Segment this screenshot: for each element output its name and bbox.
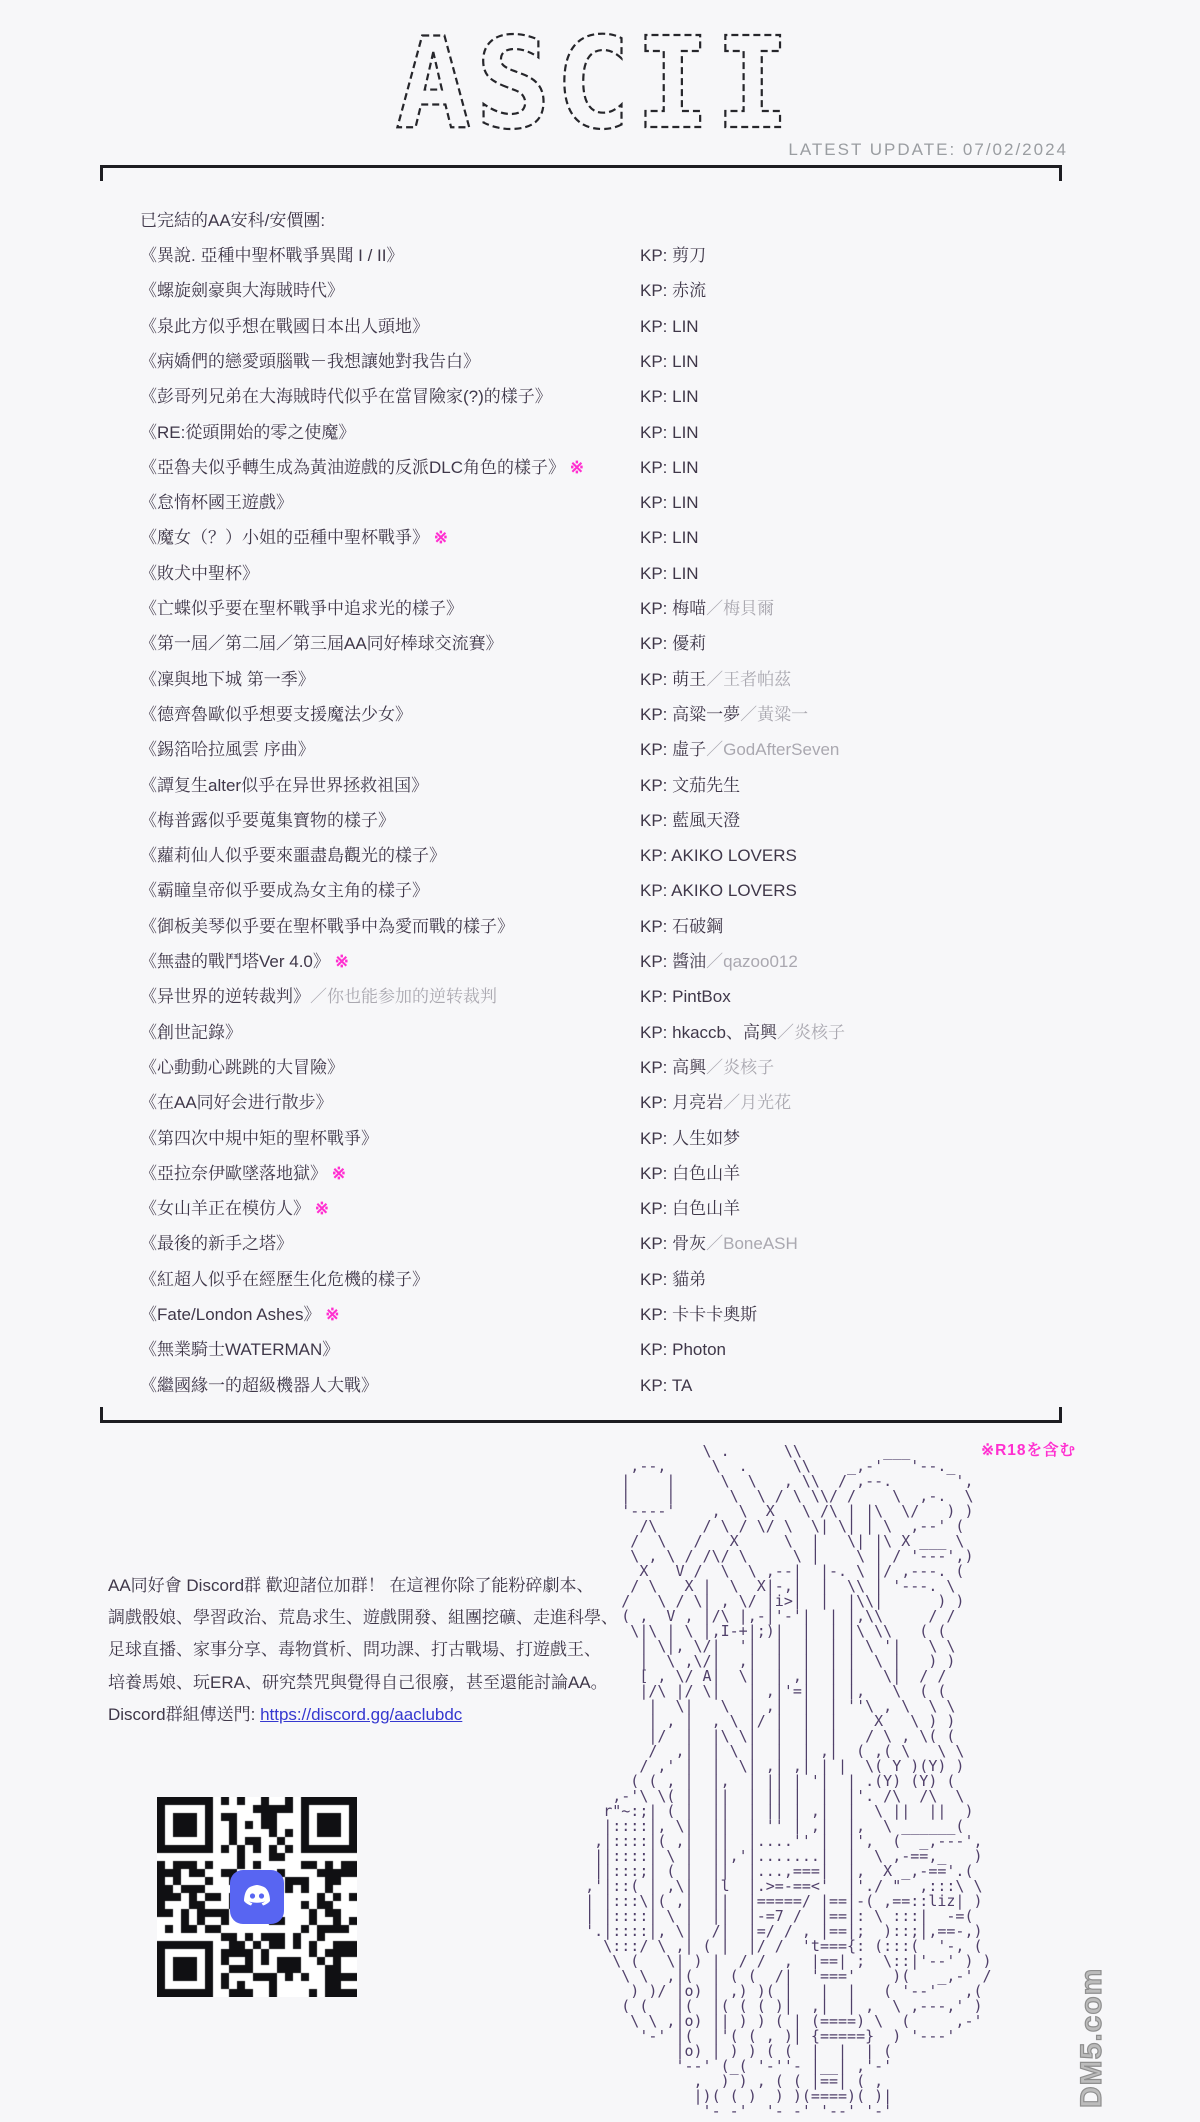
kp-value: KP: 高興 — [640, 1058, 706, 1077]
kp-cell: KP: LIN — [640, 450, 699, 485]
kp-cell: KP: 萌王／王者帕茲 — [640, 662, 791, 697]
list-item: 《彭哥列兄弟在大海賊時代似乎在當冒險家(?)的樣子》 KP: LIN — [140, 379, 1070, 414]
work-title: 《病嬌們的戀愛頭腦戰－我想讓她對我告白》 — [140, 352, 480, 371]
list-item: 《創世記錄》 KP: hkaccb、高興／炎核子 — [140, 1015, 1070, 1050]
r18-mark: ※ — [565, 458, 584, 477]
list-item: 《第四次中規中矩的聖杯戰爭》 KP: 人生如梦 — [140, 1121, 1070, 1156]
list-heading: 已完結的AA安科/安價團: — [140, 206, 325, 231]
work-title: 《無盡的戰鬥塔Ver 4.0》 — [140, 952, 330, 971]
box-corner-tick — [100, 168, 103, 181]
kp-value: KP: AKIKO LOVERS — [640, 881, 797, 900]
work-title: 《怠惰杯國王遊戲》 — [140, 493, 293, 512]
kp-cell: KP: LIN — [640, 344, 699, 379]
ascii-logo-text: ASCII — [395, 24, 794, 154]
list-item: 《御板美琴似乎要在聖杯戰爭中為愛而戰的樣子》 KP: 石破鋼 — [140, 909, 1070, 944]
kp-alt: ／GodAfterSeven — [706, 740, 839, 759]
list-item: 《异世界的逆转裁判》／你也能参加的逆转裁判 KP: PintBox — [140, 979, 1070, 1014]
kp-cell: KP: 醬油／qazoo012 — [640, 944, 798, 979]
list-item: 《泉此方似乎想在戰國日本出人頭地》 KP: LIN — [140, 309, 1070, 344]
kp-cell: KP: 白色山羊 — [640, 1156, 740, 1191]
work-title: 《异世界的逆转裁判》 — [140, 987, 310, 1006]
list-item: 《凜與地下城 第一季》 KP: 萌王／王者帕茲 — [140, 662, 1070, 697]
latest-update-text: LATEST UPDATE: 07/02/2024 — [788, 140, 1068, 160]
work-title: 《女山羊正在模仿人》 — [140, 1199, 310, 1218]
r18-mark: ※ — [327, 1164, 346, 1183]
kp-alt: ／炎核子 — [777, 1023, 845, 1042]
work-title: 《御板美琴似乎要在聖杯戰爭中為愛而戰的樣子》 — [140, 917, 514, 936]
list-item: 《繼國緣一的超級機器人大戰》 KP: TA — [140, 1368, 1070, 1403]
list-item: 《德齊魯歐似乎想要支援魔法少女》 KP: 高粱一夢／黃粱一 — [140, 697, 1070, 732]
kp-alt: ／月光花 — [723, 1093, 791, 1112]
box-corner-tick — [100, 1407, 103, 1420]
work-title: 《螺旋劍豪與大海賊時代》 — [140, 281, 344, 300]
kp-value: KP: AKIKO LOVERS — [640, 846, 797, 865]
list-item: 《亡蝶似乎要在聖杯戰爭中追求光的樣子》 KP: 梅喵／梅貝爾 — [140, 591, 1070, 626]
discord-link[interactable]: https://discord.gg/aaclubdc — [260, 1705, 462, 1724]
discord-portal-label: Discord群組傳送門: — [108, 1705, 260, 1724]
kp-value: KP: 梅喵 — [640, 599, 706, 618]
kp-alt: ／炎核子 — [706, 1058, 774, 1077]
box-corner-tick — [1059, 168, 1062, 181]
kp-cell: KP: 剪刀 — [640, 238, 706, 273]
r18-mark: ※ — [330, 952, 349, 971]
list-item: 《RE:從頭開始的零之使魔》 KP: LIN — [140, 415, 1070, 450]
kp-cell: KP: LIN — [640, 485, 699, 520]
list-item: 《無盡的戰鬥塔Ver 4.0》 ※ KP: 醬油／qazoo012 — [140, 944, 1070, 979]
kp-value: KP: TA — [640, 1376, 692, 1395]
list-item: 《梅普露似乎要蒐集寶物的樣子》 KP: 藍風天澄 — [140, 803, 1070, 838]
discord-invite-paragraph: AA同好會 Discord群 歡迎諸位加群！ 在這裡你除了能粉碎劇本、調戲骰娘、… — [108, 1570, 588, 1731]
work-title-alt: ／你也能参加的逆转裁判 — [310, 987, 497, 1006]
kp-cell: KP: TA — [640, 1368, 692, 1403]
kp-value: KP: 萌王 — [640, 670, 706, 689]
kp-value: KP: 剪刀 — [640, 246, 706, 265]
kp-cell: KP: 骨灰／BoneASH — [640, 1226, 798, 1261]
ascii-art-character: \ . \\ ___ ,--, \ . \\ _,-' '--._ | | \ … — [540, 1444, 992, 2119]
work-title: 《第一屆／第二屆／第三屆AA同好棒球交流賽》 — [140, 634, 503, 653]
ascii-logo: ASCII — [375, 24, 815, 154]
list-item: 《怠惰杯國王遊戲》 KP: LIN — [140, 485, 1070, 520]
kp-cell: KP: AKIKO LOVERS — [640, 873, 797, 908]
kp-value: KP: PintBox — [640, 987, 731, 1006]
kp-value: KP: 石破鋼 — [640, 917, 723, 936]
list-item: 《無業騎士WATERMAN》 KP: Photon — [140, 1332, 1070, 1367]
work-title: 《繼國緣一的超級機器人大戰》 — [140, 1376, 378, 1395]
kp-value: KP: 貓弟 — [640, 1270, 706, 1289]
kp-cell: KP: 石破鋼 — [640, 909, 723, 944]
kp-cell: KP: 優莉 — [640, 626, 706, 661]
list-item: 《女山羊正在模仿人》 ※ KP: 白色山羊 — [140, 1191, 1070, 1226]
work-title: 《凜與地下城 第一季》 — [140, 670, 315, 689]
kp-alt: ／黃粱一 — [740, 705, 808, 724]
list-item: 《紅超人似乎在經歷生化危機的樣子》 KP: 貓弟 — [140, 1262, 1070, 1297]
list-item: 《錫箔哈拉風雲 序曲》 KP: 虛子／GodAfterSeven — [140, 732, 1070, 767]
kp-cell: KP: LIN — [640, 309, 699, 344]
list-item: 《蘿莉仙人似乎要來噩盡島觀光的樣子》 KP: AKIKO LOVERS — [140, 838, 1070, 873]
kp-value: KP: Photon — [640, 1340, 726, 1359]
list-item: 《Fate/London Ashes》 ※ KP: 卡卡卡奧斯 — [140, 1297, 1070, 1332]
kp-value: KP: hkaccb、高興 — [640, 1023, 777, 1042]
kp-value: KP: 白色山羊 — [640, 1164, 740, 1183]
discord-text-line: AA同好會 Discord群 歡迎諸位加群！ 在這裡你除了能粉碎劇本、 — [108, 1570, 588, 1602]
list-item: 《異說. 亞種中聖杯戰爭異聞 I / II》 KP: 剪刀 — [140, 238, 1070, 273]
work-title: 《錫箔哈拉風雲 序曲》 — [140, 740, 315, 759]
work-title: 《蘿莉仙人似乎要來噩盡島觀光的樣子》 — [140, 846, 446, 865]
list-item: 《亞魯夫似乎轉生成為黃油遊戲的反派DLC角色的樣子》 ※ KP: LIN — [140, 450, 1070, 485]
kp-value: KP: 文茄先生 — [640, 776, 740, 795]
work-title: 《異說. 亞種中聖杯戰爭異聞 I / II》 — [140, 246, 404, 265]
work-title: 《在AA同好会进行散步》 — [140, 1093, 333, 1112]
work-title: 《無業騎士WATERMAN》 — [140, 1340, 339, 1359]
kp-value: KP: 月亮岩 — [640, 1093, 723, 1112]
kp-value: KP: 人生如梦 — [640, 1129, 740, 1148]
work-title: 《RE:從頭開始的零之使魔》 — [140, 423, 355, 442]
kp-cell: KP: LIN — [640, 556, 699, 591]
list-item: 《病嬌們的戀愛頭腦戰－我想讓她對我告白》 KP: LIN — [140, 344, 1070, 379]
box-corner-tick — [1059, 1407, 1062, 1420]
kp-alt: ／BoneASH — [706, 1234, 798, 1253]
kp-value: KP: LIN — [640, 564, 699, 583]
kp-cell: KP: 梅喵／梅貝爾 — [640, 591, 774, 626]
kp-value: KP: LIN — [640, 528, 699, 547]
list-item: 《最後的新手之塔》 KP: 骨灰／BoneASH — [140, 1226, 1070, 1261]
kp-value: KP: LIN — [640, 458, 699, 477]
work-title: 《Fate/London Ashes》 — [140, 1305, 321, 1324]
kp-alt: ／梅貝爾 — [706, 599, 774, 618]
kp-value: KP: LIN — [640, 352, 699, 371]
work-title: 《彭哥列兄弟在大海賊時代似乎在當冒險家(?)的樣子》 — [140, 387, 552, 406]
kp-cell: KP: 卡卡卡奧斯 — [640, 1297, 757, 1332]
work-title: 《梅普露似乎要蒐集寶物的樣子》 — [140, 811, 395, 830]
kp-cell: KP: 高興／炎核子 — [640, 1050, 774, 1085]
list-item: 《亞拉奈伊歐墜落地獄》 ※ KP: 白色山羊 — [140, 1156, 1070, 1191]
kp-alt: ／王者帕茲 — [706, 670, 791, 689]
kp-value: KP: 醬油 — [640, 952, 706, 971]
work-title: 《紅超人似乎在經歷生化危機的樣子》 — [140, 1270, 429, 1289]
r18-note: ※R18を含む — [981, 1438, 1076, 1460]
dm5-watermark: DM5.com — [1075, 1968, 1109, 2108]
work-title: 《德齊魯歐似乎想要支援魔法少女》 — [140, 705, 412, 724]
work-title: 《亞拉奈伊歐墜落地獄》 — [140, 1164, 327, 1183]
kp-cell: KP: 赤流 — [640, 273, 706, 308]
kp-value: KP: 赤流 — [640, 281, 706, 300]
work-title: 《亡蝶似乎要在聖杯戰爭中追求光的樣子》 — [140, 599, 463, 618]
works-list: 《異說. 亞種中聖杯戰爭異聞 I / II》 KP: 剪刀 《螺旋劍豪與大海賊時… — [140, 238, 1070, 1404]
work-title: 《霸瞳皇帝似乎要成為女主角的樣子》 — [140, 881, 429, 900]
kp-cell: KP: 人生如梦 — [640, 1121, 740, 1156]
kp-cell: KP: 貓弟 — [640, 1262, 706, 1297]
work-title: 《魔女（？）小姐的亞種中聖杯戰爭》 — [140, 528, 429, 547]
discord-text-line: 調戲骰娘、學習政治、荒島求生、遊戲開發、組團挖礦、走進科學、 — [108, 1602, 588, 1634]
work-title: 《泉此方似乎想在戰國日本出人頭地》 — [140, 317, 429, 336]
r18-mark: ※ — [429, 528, 448, 547]
work-title: 《亞魯夫似乎轉生成為黃油遊戲的反派DLC角色的樣子》 — [140, 458, 565, 477]
list-item: 《敗犬中聖杯》 KP: LIN — [140, 556, 1070, 591]
kp-cell: KP: LIN — [640, 520, 699, 555]
discord-qr-code — [157, 1797, 357, 1997]
work-title: 《心動動心跳跳的大冒險》 — [140, 1058, 344, 1077]
discord-text-line: 培養馬娘、玩ERA、研究禁咒與覺得自己很廢，甚至還能討論AA。 — [108, 1667, 588, 1699]
work-title: 《最後的新手之塔》 — [140, 1234, 293, 1253]
list-item: 《心動動心跳跳的大冒險》 KP: 高興／炎核子 — [140, 1050, 1070, 1085]
kp-value: KP: 卡卡卡奧斯 — [640, 1305, 757, 1324]
kp-cell: KP: 白色山羊 — [640, 1191, 740, 1226]
kp-cell: KP: LIN — [640, 379, 699, 414]
kp-value: KP: LIN — [640, 317, 699, 336]
list-item: 《魔女（？）小姐的亞種中聖杯戰爭》 ※ KP: LIN — [140, 520, 1070, 555]
kp-cell: KP: 月亮岩／月光花 — [640, 1085, 791, 1120]
list-item: 《在AA同好会进行散步》 KP: 月亮岩／月光花 — [140, 1085, 1070, 1120]
work-title: 《譚复生alter似乎在异世界拯救祖国》 — [140, 776, 428, 795]
kp-value: KP: 藍風天澄 — [640, 811, 740, 830]
kp-cell: KP: 文茄先生 — [640, 768, 740, 803]
discord-logo-icon — [230, 1870, 284, 1924]
kp-alt: ／qazoo012 — [706, 952, 798, 971]
kp-cell: KP: Photon — [640, 1332, 726, 1367]
list-item: 《譚复生alter似乎在异世界拯救祖国》 KP: 文茄先生 — [140, 768, 1070, 803]
kp-cell: KP: 虛子／GodAfterSeven — [640, 732, 839, 767]
kp-cell: KP: 藍風天澄 — [640, 803, 740, 838]
work-title: 《創世記錄》 — [140, 1023, 242, 1042]
kp-value: KP: 虛子 — [640, 740, 706, 759]
list-item: 《螺旋劍豪與大海賊時代》 KP: 赤流 — [140, 273, 1070, 308]
kp-cell: KP: hkaccb、高興／炎核子 — [640, 1015, 845, 1050]
kp-value: KP: 高粱一夢 — [640, 705, 740, 724]
work-title: 《敗犬中聖杯》 — [140, 564, 259, 583]
discord-portal-line: Discord群組傳送門: https://discord.gg/aaclubd… — [108, 1699, 588, 1731]
kp-value: KP: LIN — [640, 387, 699, 406]
kp-value: KP: 骨灰 — [640, 1234, 706, 1253]
list-item: 《第一屆／第二屆／第三屆AA同好棒球交流賽》 KP: 優莉 — [140, 626, 1070, 661]
kp-value: KP: 優莉 — [640, 634, 706, 653]
kp-cell: KP: LIN — [640, 415, 699, 450]
kp-value: KP: LIN — [640, 423, 699, 442]
kp-cell: KP: 高粱一夢／黃粱一 — [640, 697, 808, 732]
r18-mark: ※ — [310, 1199, 329, 1218]
kp-cell: KP: AKIKO LOVERS — [640, 838, 797, 873]
work-title: 《第四次中規中矩的聖杯戰爭》 — [140, 1129, 378, 1148]
discord-text-line: 足球直播、家事分享、毒物賞析、問功課、打古戰場、打遊戲王、 — [108, 1634, 588, 1666]
list-item: 《霸瞳皇帝似乎要成為女主角的樣子》 KP: AKIKO LOVERS — [140, 873, 1070, 908]
kp-value: KP: 白色山羊 — [640, 1199, 740, 1218]
r18-mark: ※ — [321, 1305, 340, 1324]
kp-value: KP: LIN — [640, 493, 699, 512]
kp-cell: KP: PintBox — [640, 979, 731, 1014]
